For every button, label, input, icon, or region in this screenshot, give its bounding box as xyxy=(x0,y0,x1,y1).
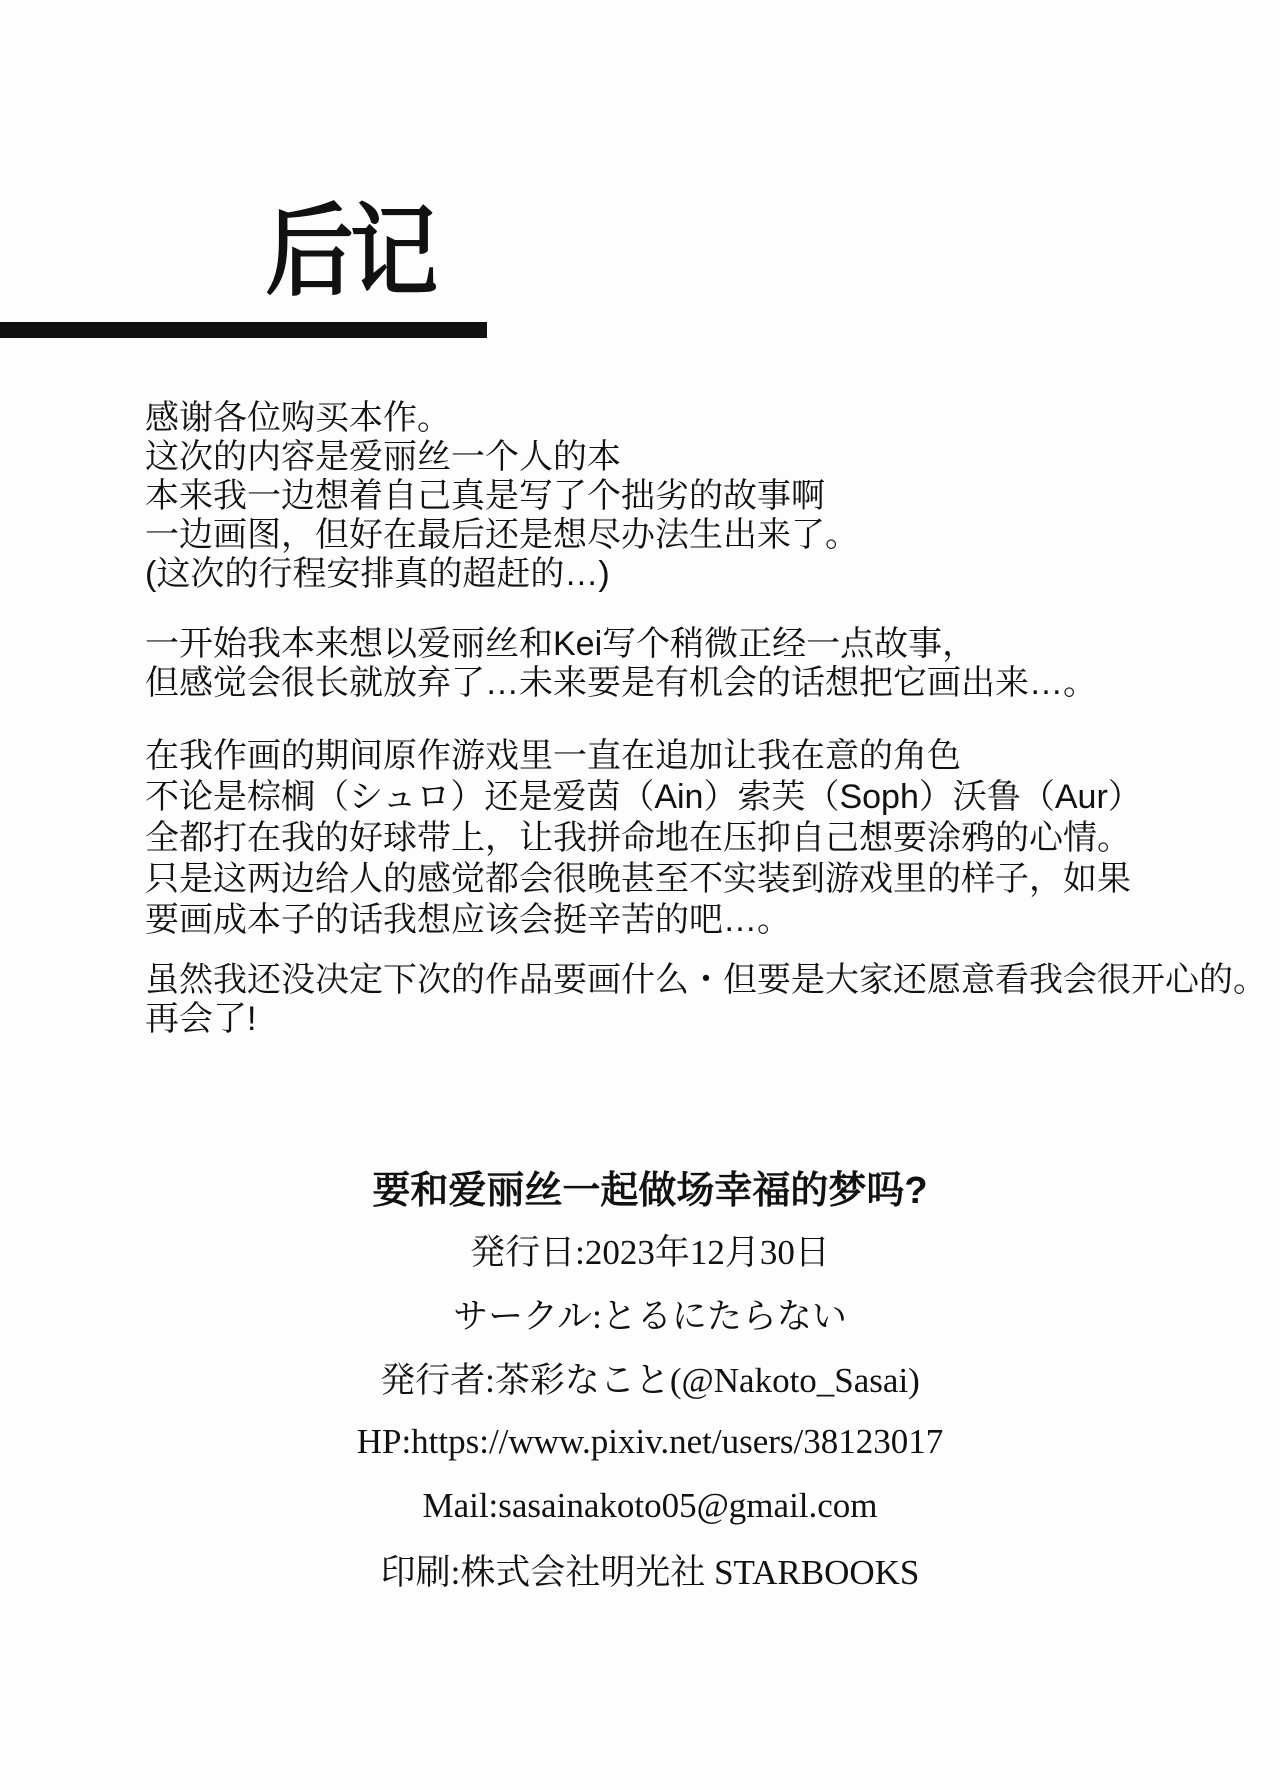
text-line: 一开始我本来想以爱丽丝和Kei写个稍微正经一点故事， xyxy=(145,625,1097,664)
text-line: Mail:sasainakoto05@gmail.com xyxy=(10,1474,1280,1538)
text-line: 这次的内容是爱丽丝一个人的本 xyxy=(145,438,859,477)
paragraph-thanks: 感谢各位购买本作。这次的内容是爱丽丝一个人的本本来我一边想着自己真是写了个拙劣的… xyxy=(145,399,859,594)
text-line: 但感觉会很长就放弃了…未来要是有机会的话想把它画出来…。 xyxy=(145,664,1097,703)
text-line: (这次的行程安排真的超赶的…) xyxy=(145,555,859,594)
text-line: 虽然我还没决定下次的作品要画什么・但要是大家还愿意看我会很开心的。 xyxy=(145,961,1267,1000)
text-line: 一边画图，但好在最后还是想尽办法生出来了。 xyxy=(145,516,859,555)
text-line: 再会了! xyxy=(145,1000,1267,1039)
paragraph-original-plan: 一开始我本来想以爱丽丝和Kei写个稍微正经一点故事，但感觉会很长就放弃了…未来要… xyxy=(145,625,1097,703)
text-line: HP:https://www.pixiv.net/users/38123017 xyxy=(10,1410,1280,1474)
colophon-lines: 発行日:2023年12月30日サークル:とるにたらない発行者:茶彩なこと(@Na… xyxy=(10,1218,1280,1602)
paragraph-new-characters: 在我作画的期间原作游戏里一直在追加让我在意的角色不论是棕榈（シュロ）还是爱茵（A… xyxy=(145,736,1142,941)
text-line: 本来我一边想着自己真是写了个拙劣的故事啊 xyxy=(145,477,859,516)
text-line: 要画成本子的话我想应该会挺辛苦的吧…。 xyxy=(145,900,1142,941)
text-line: 印刷:株式会社明光社 STARBOOKS xyxy=(10,1538,1280,1602)
title-underline-bar xyxy=(0,322,487,338)
colophon: 要和爱丽丝一起做场幸福的梦吗? 発行日:2023年12月30日サークル:とるにた… xyxy=(10,1154,1280,1602)
text-line: 感谢各位购买本作。 xyxy=(145,399,859,438)
afterword-page: 后记 感谢各位购买本作。这次的内容是爱丽丝一个人的本本来我一边想着自己真是写了个… xyxy=(0,0,1280,1790)
text-line: 発行者:茶彩なこと(@Nakoto_Sasai) xyxy=(10,1346,1280,1410)
colophon-book-title: 要和爱丽丝一起做场幸福的梦吗? xyxy=(372,1159,927,1214)
text-line: 不论是棕榈（シュロ）还是爱茵（Ain）索芙（Soph）沃鲁（Aur） xyxy=(145,777,1142,818)
paragraph-farewell: 虽然我还没决定下次的作品要画什么・但要是大家还愿意看我会很开心的。再会了! xyxy=(145,961,1267,1039)
text-line: 全都打在我的好球带上，让我拼命地在压抑自己想要涂鸦的心情。 xyxy=(145,818,1142,859)
text-line: 只是这两边给人的感觉都会很晚甚至不实装到游戏里的样子，如果 xyxy=(145,859,1142,900)
text-line: サークル:とるにたらない xyxy=(10,1282,1280,1346)
text-line: 在我作画的期间原作游戏里一直在追加让我在意的角色 xyxy=(145,736,1142,777)
text-line: 発行日:2023年12月30日 xyxy=(10,1218,1280,1282)
page-title: 后记 xyxy=(262,196,438,308)
